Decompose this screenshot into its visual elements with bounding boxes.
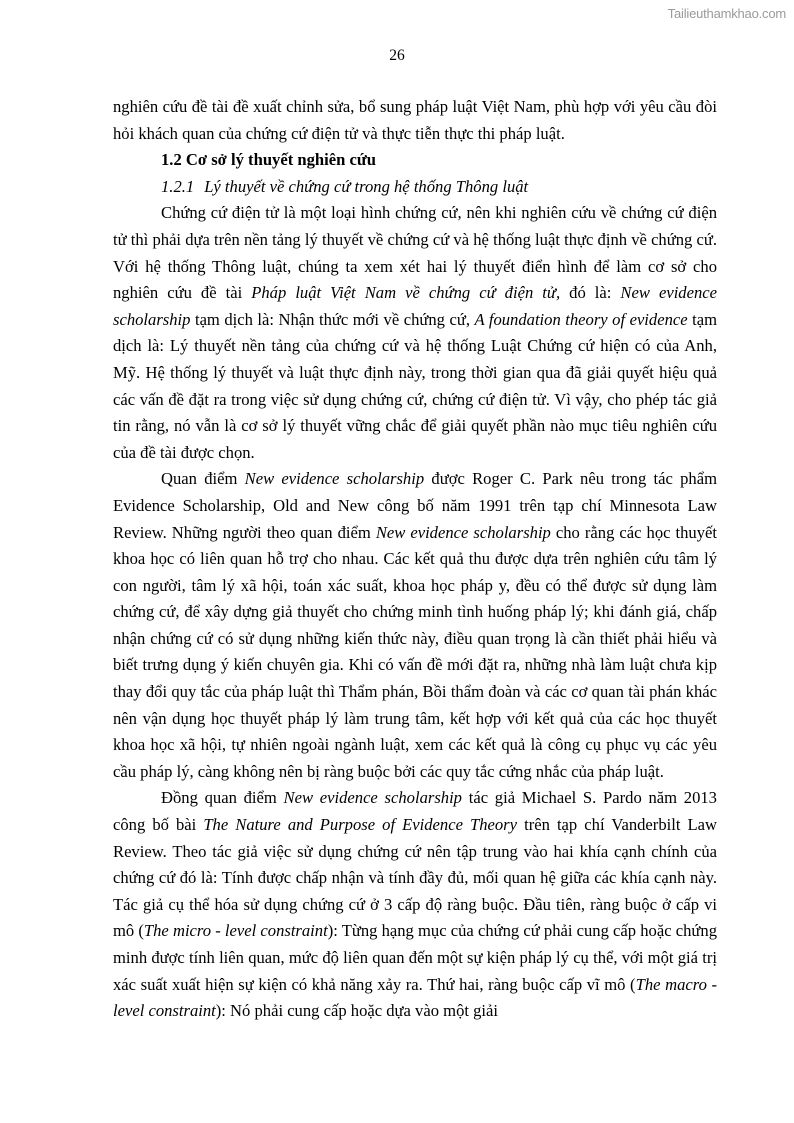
- italic-text: Pháp luật Việt Nam về chứng cứ điện tử,: [251, 283, 560, 302]
- page-number: 26: [0, 47, 794, 65]
- italic-text: The micro - level constraint: [144, 921, 328, 940]
- subsection-number: 1.2.1: [161, 177, 194, 196]
- text: tạm dịch là: Nhận thức mới về chứng cứ,: [190, 310, 474, 329]
- text: đó là:: [560, 283, 620, 302]
- italic-text: A foundation theory of evidence: [475, 310, 688, 329]
- text: Quan điểm: [161, 469, 245, 488]
- watermark: Tailieuthamkhao.com: [668, 6, 786, 21]
- text: ): Nó phải cung cấp hoặc dựa vào một giả…: [216, 1001, 498, 1020]
- text: Đồng quan điểm: [161, 788, 284, 807]
- paragraph-roger-park: Quan điểm New evidence scholarship được …: [113, 466, 717, 785]
- document-body: nghiên cứu đề tài đề xuất chỉnh sửa, bổ …: [113, 94, 717, 1025]
- section-heading-1-2: 1.2 Cơ sở lý thuyết nghiên cứu: [113, 147, 717, 174]
- text: tạm dịch là: Lý thuyết nền tảng của chứn…: [113, 310, 717, 462]
- text: cho rằng các học thuyết khoa học có liên…: [113, 523, 717, 781]
- italic-text: New evidence scholarship: [376, 523, 551, 542]
- italic-text: New evidence scholarship: [284, 788, 462, 807]
- subsection-title: Lý thuyết về chứng cứ trong hệ thống Thô…: [204, 177, 528, 196]
- paragraph-michael-pardo: Đồng quan điểm New evidence scholarship …: [113, 785, 717, 1024]
- subsection-heading-1-2-1: 1.2.1Lý thuyết về chứng cứ trong hệ thốn…: [113, 174, 717, 201]
- italic-text: The Nature and Purpose of Evidence Theor…: [203, 815, 517, 834]
- paragraph-continuation: nghiên cứu đề tài đề xuất chỉnh sửa, bổ …: [113, 94, 717, 147]
- italic-text: New evidence scholarship: [245, 469, 425, 488]
- paragraph-electronic-evidence: Chứng cứ điện tử là một loại hình chứng …: [113, 200, 717, 466]
